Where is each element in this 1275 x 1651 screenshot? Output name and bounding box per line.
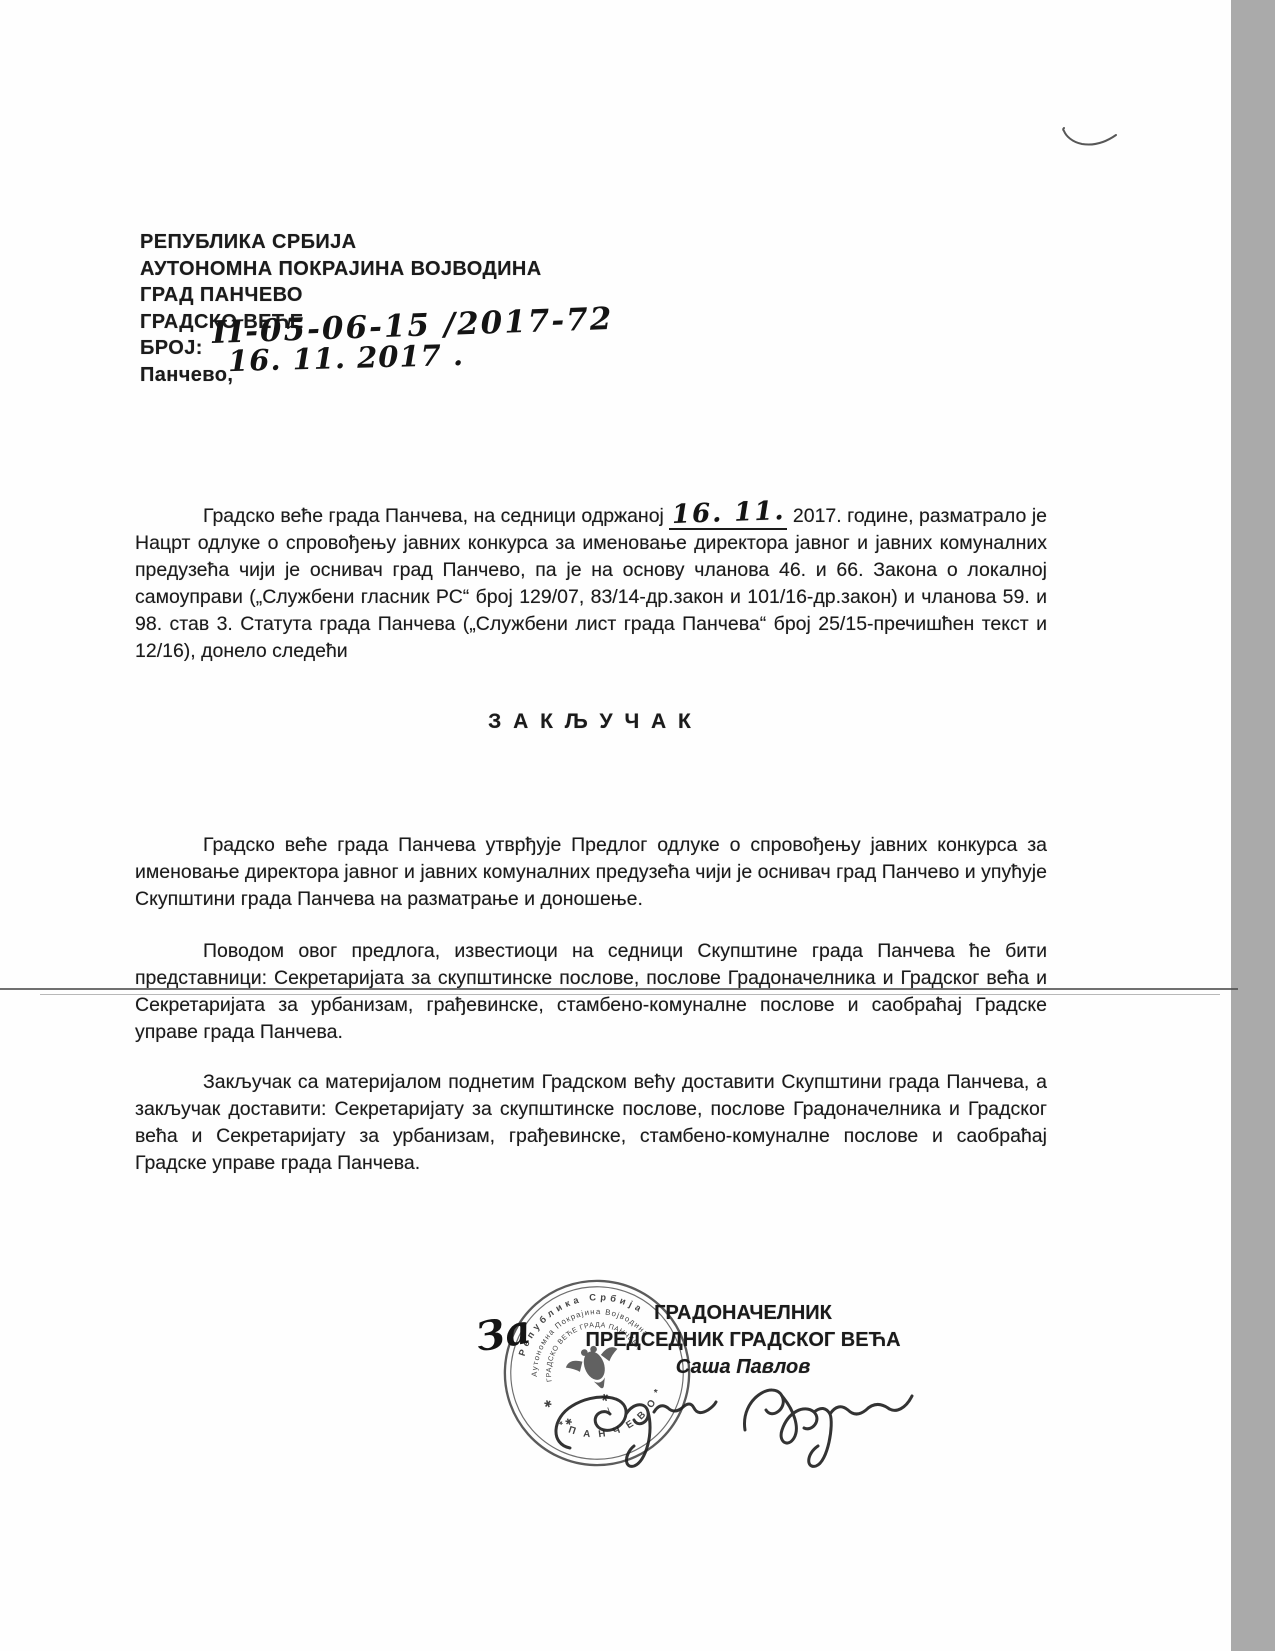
paragraph-1-text-before: Градско веће града Панчева, на седници о… bbox=[203, 505, 664, 527]
body-paragraph-3: Поводом овог предлога, известиоци на сед… bbox=[135, 938, 1047, 1046]
scan-artifact-line bbox=[0, 988, 1238, 990]
doc-date-handwritten: 16. 11. 2017 . bbox=[228, 338, 465, 378]
document-page: РЕПУБЛИКА СРБИЈА АУТОНОМНА ПОКРАЈИНА ВОЈ… bbox=[0, 0, 1275, 1651]
scan-artifact-line-faint bbox=[40, 994, 1220, 995]
scanner-edge-strip bbox=[1231, 0, 1275, 1651]
signature-title-mayor: ГРАДОНАЧЕЛНИК bbox=[503, 1300, 983, 1327]
signature-ink bbox=[540, 1368, 930, 1480]
session-date-underline: 16. 11. bbox=[669, 502, 787, 530]
body-paragraph-4: Закључак са материјалом поднетим Градско… bbox=[135, 1069, 1047, 1177]
paragraph-1-text-after: 2017. године, разматрало је Нацрт одлуке… bbox=[135, 505, 1047, 662]
session-date-handwritten: 16. 11. bbox=[671, 498, 785, 528]
letterhead-republic: РЕПУБЛИКА СРБИЈА bbox=[140, 229, 542, 256]
letterhead-city: ГРАД ПАНЧЕВО bbox=[140, 282, 542, 309]
letterhead-province: АУТОНОМНА ПОКРАЈИНА ВОЈВОДИНА bbox=[140, 256, 542, 283]
body-paragraph-2: Градско веће града Панчева утврђује Пред… bbox=[135, 832, 1047, 913]
body-paragraph-1: Градско веће града Панчева, на седници о… bbox=[135, 501, 1047, 665]
pen-mark-curve bbox=[1062, 126, 1120, 152]
conclusion-heading: З А К Љ У Ч А К bbox=[135, 710, 1047, 734]
signature-title-president: ПРЕДСЕДНИК ГРАДСКОГ ВЕЋА bbox=[503, 1327, 983, 1354]
